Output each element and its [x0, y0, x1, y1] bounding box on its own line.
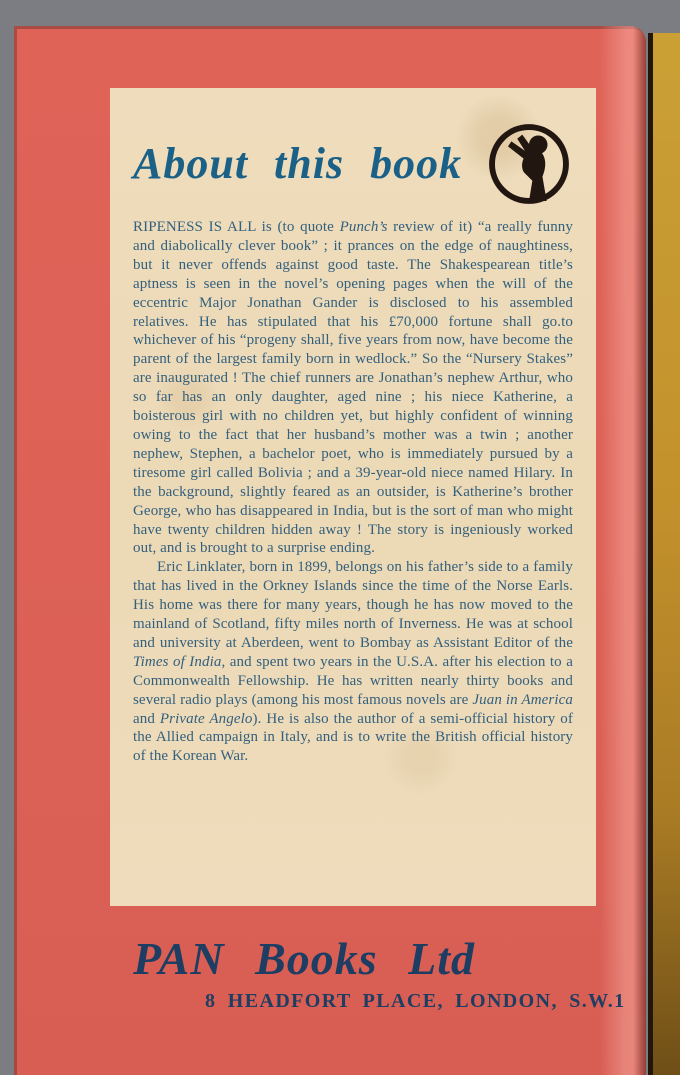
publisher-name: PAN Books Ltd: [133, 932, 475, 985]
book-back-cover-scan: About this book RIPENESS IS ALL is (to q…: [0, 0, 680, 1075]
cover-edge-highlight: [600, 26, 646, 1075]
pan-piper-logo-icon: [487, 122, 571, 206]
about-panel: About this book RIPENESS IS ALL is (to q…: [110, 88, 596, 906]
panel-title-row: About this book: [133, 122, 573, 218]
about-paragraph-2: Eric Linklater, born in 1899, belongs on…: [133, 558, 573, 766]
book-cover: About this book RIPENESS IS ALL is (to q…: [14, 26, 646, 1075]
about-paragraph-1: RIPENESS IS ALL is (to quote Punch’s rev…: [133, 218, 573, 558]
publisher-address: 8 HEADFORT PLACE, LONDON, S.W.1: [205, 990, 626, 1013]
page-block-edge: [648, 33, 680, 1075]
